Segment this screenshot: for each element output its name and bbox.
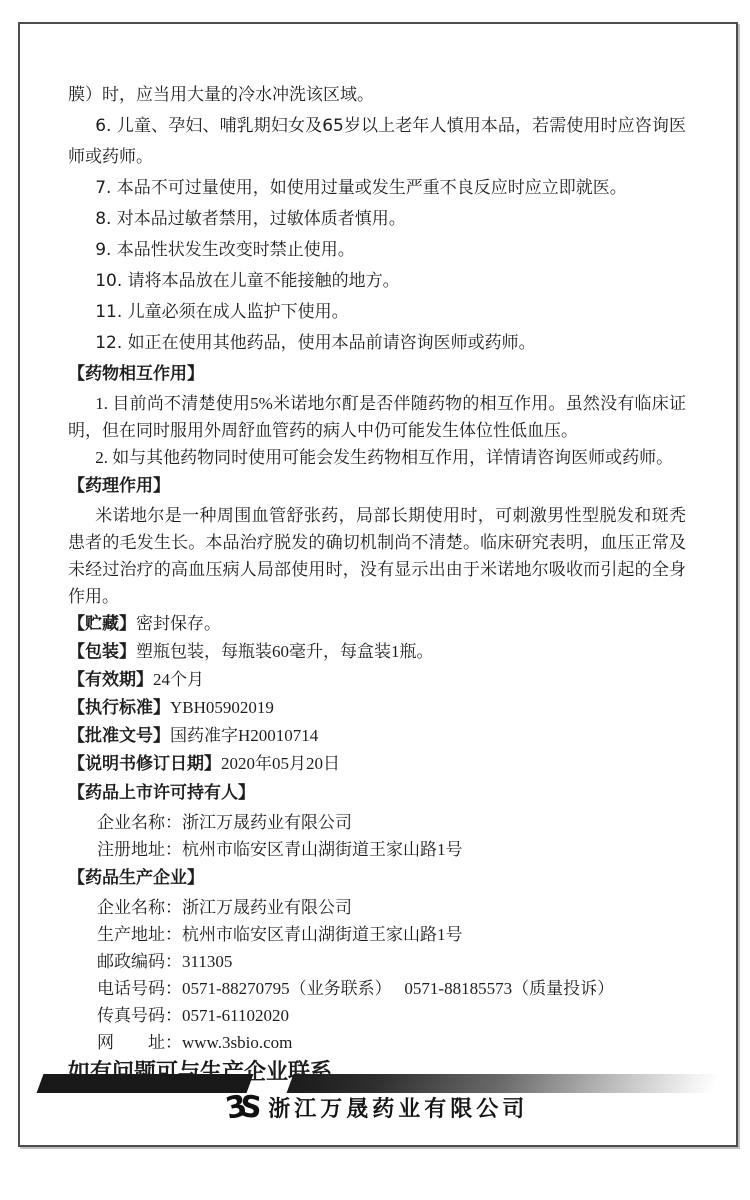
continuation-line: 膜）时，应当用大量的冷水冲洗该区域。 bbox=[68, 80, 686, 111]
row-label: 网 址： bbox=[97, 1033, 182, 1052]
row-value: 0571-61102020 bbox=[182, 1006, 289, 1025]
manufacturer-row: 电话号码：0571-88270795（业务联系） 0571-88185573（质… bbox=[68, 975, 686, 1002]
field-label: 【包装】 bbox=[68, 642, 136, 662]
3s-logo-icon: 3S bbox=[226, 1093, 261, 1123]
footer-logo-row: 3S 浙江万晟药业有限公司 bbox=[68, 1092, 686, 1123]
insert-content: 膜）时，应当用大量的冷水冲洗该区域。 6. 儿童、孕妇、哺乳期妇女及65岁以上老… bbox=[20, 24, 736, 1123]
row-value: 0571-88270795（业务联系） 0571-88185573（质量投诉） bbox=[182, 979, 614, 998]
row-value: 杭州市临安区青山湖街道王家山路1号 bbox=[182, 925, 463, 944]
field-label: 【批准文号】 bbox=[68, 726, 170, 746]
field-label: 【执行标准】 bbox=[68, 698, 170, 718]
row-label: 注册地址： bbox=[97, 840, 182, 859]
mah-row: 注册地址：杭州市临安区青山湖街道王家山路1号 bbox=[68, 836, 686, 863]
field-value: 塑瓶包装，每瓶装60毫升，每盒装1瓶。 bbox=[136, 642, 434, 661]
field-label: 【说明书修订日期】 bbox=[68, 754, 221, 774]
mah-row: 企业名称：浙江万晟药业有限公司 bbox=[68, 809, 686, 836]
row-label: 生产地址： bbox=[97, 925, 182, 944]
field-label: 【贮藏】 bbox=[68, 614, 136, 634]
footer-company-name: 浙江万晟药业有限公司 bbox=[268, 1092, 528, 1123]
logo-glyph-s: S bbox=[238, 1091, 263, 1123]
row-label: 邮政编码： bbox=[97, 952, 182, 971]
insert-page: 膜）时，应当用大量的冷水冲洗该区域。 6. 儿童、孕妇、哺乳期妇女及65岁以上老… bbox=[0, 0, 750, 1200]
footer-bar-solid bbox=[37, 1074, 254, 1093]
section-heading-pharmacology: 【药理作用】 bbox=[68, 471, 686, 502]
field-storage: 【贮藏】密封保存。 bbox=[68, 610, 686, 638]
manufacturer-row: 生产地址：杭州市临安区青山湖街道王家山路1号 bbox=[68, 921, 686, 948]
pharmacology-paragraph: 米诺地尔是一种周围血管舒张药，局部长期使用时，可刺激男性型脱发和斑秃患者的毛发生… bbox=[68, 502, 686, 610]
row-value: www.3sbio.com bbox=[182, 1033, 292, 1052]
precaution-item: 9. 本品性状发生改变时禁止使用。 bbox=[68, 235, 686, 266]
row-value: 浙江万晟药业有限公司 bbox=[182, 813, 352, 832]
manufacturer-row: 网 址：www.3sbio.com bbox=[68, 1029, 686, 1056]
precaution-item: 7. 本品不可过量使用，如使用过量或发生严重不良反应时应立即就医。 bbox=[68, 173, 686, 204]
field-standard: 【执行标准】YBH05902019 bbox=[68, 694, 686, 722]
field-shelf-life: 【有效期】24个月 bbox=[68, 666, 686, 694]
row-value: 311305 bbox=[182, 952, 232, 971]
row-value: 杭州市临安区青山湖街道王家山路1号 bbox=[182, 840, 463, 859]
precaution-item: 8. 对本品过敏者禁用，过敏体质者慎用。 bbox=[68, 204, 686, 235]
row-label: 传真号码： bbox=[97, 1006, 182, 1025]
field-value: 2020年05月20日 bbox=[221, 754, 340, 773]
field-approval-number: 【批准文号】国药准字H20010714 bbox=[68, 722, 686, 750]
manufacturer-row: 传真号码：0571-61102020 bbox=[68, 1002, 686, 1029]
manufacturer-row: 企业名称：浙江万晟药业有限公司 bbox=[68, 894, 686, 921]
field-value: 密封保存。 bbox=[136, 614, 221, 633]
drug-interactions-paragraph: 1. 目前尚不清楚使用5%米诺地尔酊是否伴随药物的相互作用。虽然没有临床证明，但… bbox=[68, 390, 686, 444]
field-packaging: 【包装】塑瓶包装，每瓶装60毫升，每盒装1瓶。 bbox=[68, 638, 686, 666]
insert-sheet-border: 膜）时，应当用大量的冷水冲洗该区域。 6. 儿童、孕妇、哺乳期妇女及65岁以上老… bbox=[18, 22, 738, 1147]
footer-bar-gradient bbox=[287, 1074, 718, 1093]
field-value: 24个月 bbox=[153, 670, 204, 689]
precaution-item: 12. 如正在使用其他药品，使用本品前请咨询医师或药师。 bbox=[68, 328, 686, 359]
field-revision-date: 【说明书修订日期】2020年05月20日 bbox=[68, 750, 686, 778]
precaution-item: 10. 请将本品放在儿童不能接触的地方。 bbox=[68, 266, 686, 297]
section-heading-mah: 【药品上市许可持有人】 bbox=[68, 778, 686, 809]
row-label: 电话号码： bbox=[97, 979, 182, 998]
field-value: YBH05902019 bbox=[170, 698, 274, 717]
row-label: 企业名称： bbox=[97, 813, 182, 832]
field-value: 国药准字H20010714 bbox=[170, 726, 318, 745]
section-heading-drug-interactions: 【药物相互作用】 bbox=[68, 359, 686, 390]
precaution-item: 6. 儿童、孕妇、哺乳期妇女及65岁以上老年人慎用本品，若需使用时应咨询医师或药… bbox=[68, 111, 686, 173]
manufacturer-row: 邮政编码：311305 bbox=[68, 948, 686, 975]
field-label: 【有效期】 bbox=[68, 670, 153, 690]
drug-interactions-paragraph: 2. 如与其他药物同时使用可能会发生药物相互作用，详情请咨询医师或药师。 bbox=[68, 444, 686, 471]
row-label: 企业名称： bbox=[97, 898, 182, 917]
precaution-item: 11. 儿童必须在成人监护下使用。 bbox=[68, 297, 686, 328]
section-heading-manufacturer: 【药品生产企业】 bbox=[68, 863, 686, 894]
row-value: 浙江万晟药业有限公司 bbox=[182, 898, 352, 917]
